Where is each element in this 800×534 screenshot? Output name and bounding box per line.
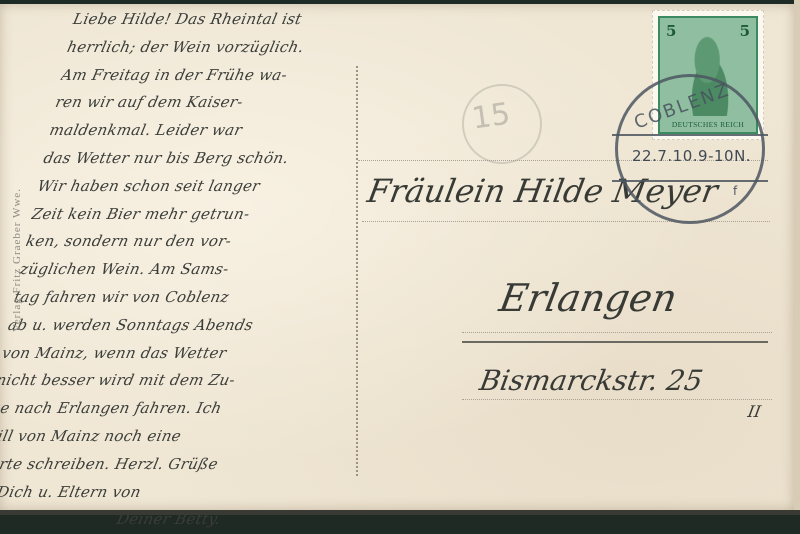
- message-line: tag fahren wir von Coblenz: [11, 284, 352, 312]
- message-line: ab u. werden Sonntags Abends: [5, 312, 346, 340]
- address-line-4: [462, 399, 772, 400]
- message-line: nicht besser wird mit dem Zu-: [0, 367, 334, 395]
- stamp-value-left: 5: [666, 22, 676, 40]
- message-line: Am Freitag in der Frühe wa-: [58, 62, 399, 90]
- message-line: ken, sondern nur den vor-: [23, 228, 364, 256]
- message-line: von Mainz, wenn das Wetter: [0, 340, 340, 368]
- publisher-imprint: Verlag Fritz Graeber Wwe.: [11, 175, 23, 345]
- postmark-date: 22.7.10.9-10N.: [632, 147, 751, 165]
- stamp-value-right: 5: [740, 22, 750, 40]
- message-line: will von Mainz noch eine: [0, 423, 323, 451]
- city-underline: [462, 341, 768, 343]
- message-line: herrlich; der Wein vorzüglich.: [64, 34, 405, 62]
- message-line: Liebe Hilde! Das Rheintal ist: [70, 6, 411, 34]
- message-line: züglichen Wein. Am Sams-: [17, 256, 358, 284]
- message-line: an Dich u. Eltern von: [0, 479, 311, 507]
- registration-mark-number: 15: [470, 97, 513, 137]
- scan-edge-bottom: [0, 510, 800, 515]
- center-divider: [356, 66, 358, 476]
- recipient-street: Bismarckstr. 25: [477, 364, 705, 397]
- message-line: ge nach Erlangen fahren. Ich: [0, 395, 328, 423]
- address-line-3: [462, 332, 772, 333]
- scan-edge-right: [794, 0, 800, 515]
- message-line: Karte schreiben. Herzl. Grüße: [0, 451, 317, 479]
- message-line: Zeit kein Bier mehr getrun-: [29, 201, 370, 229]
- postmark-letter: f: [733, 184, 737, 198]
- floor-note: II: [746, 402, 762, 421]
- postcard: Liebe Hilde! Das Rheintal ist herrlich; …: [0, 4, 794, 510]
- message-line: maldenkmal. Leider war: [47, 117, 388, 145]
- message-line: das Wetter nur bis Berg schön.: [41, 145, 382, 173]
- message-line: Wir haben schon seit langer: [35, 173, 376, 201]
- recipient-city: Erlangen: [496, 276, 680, 320]
- message-line: ren wir auf dem Kaiser-: [52, 89, 393, 117]
- handwritten-message: Liebe Hilde! Das Rheintal ist herrlich; …: [0, 6, 411, 515]
